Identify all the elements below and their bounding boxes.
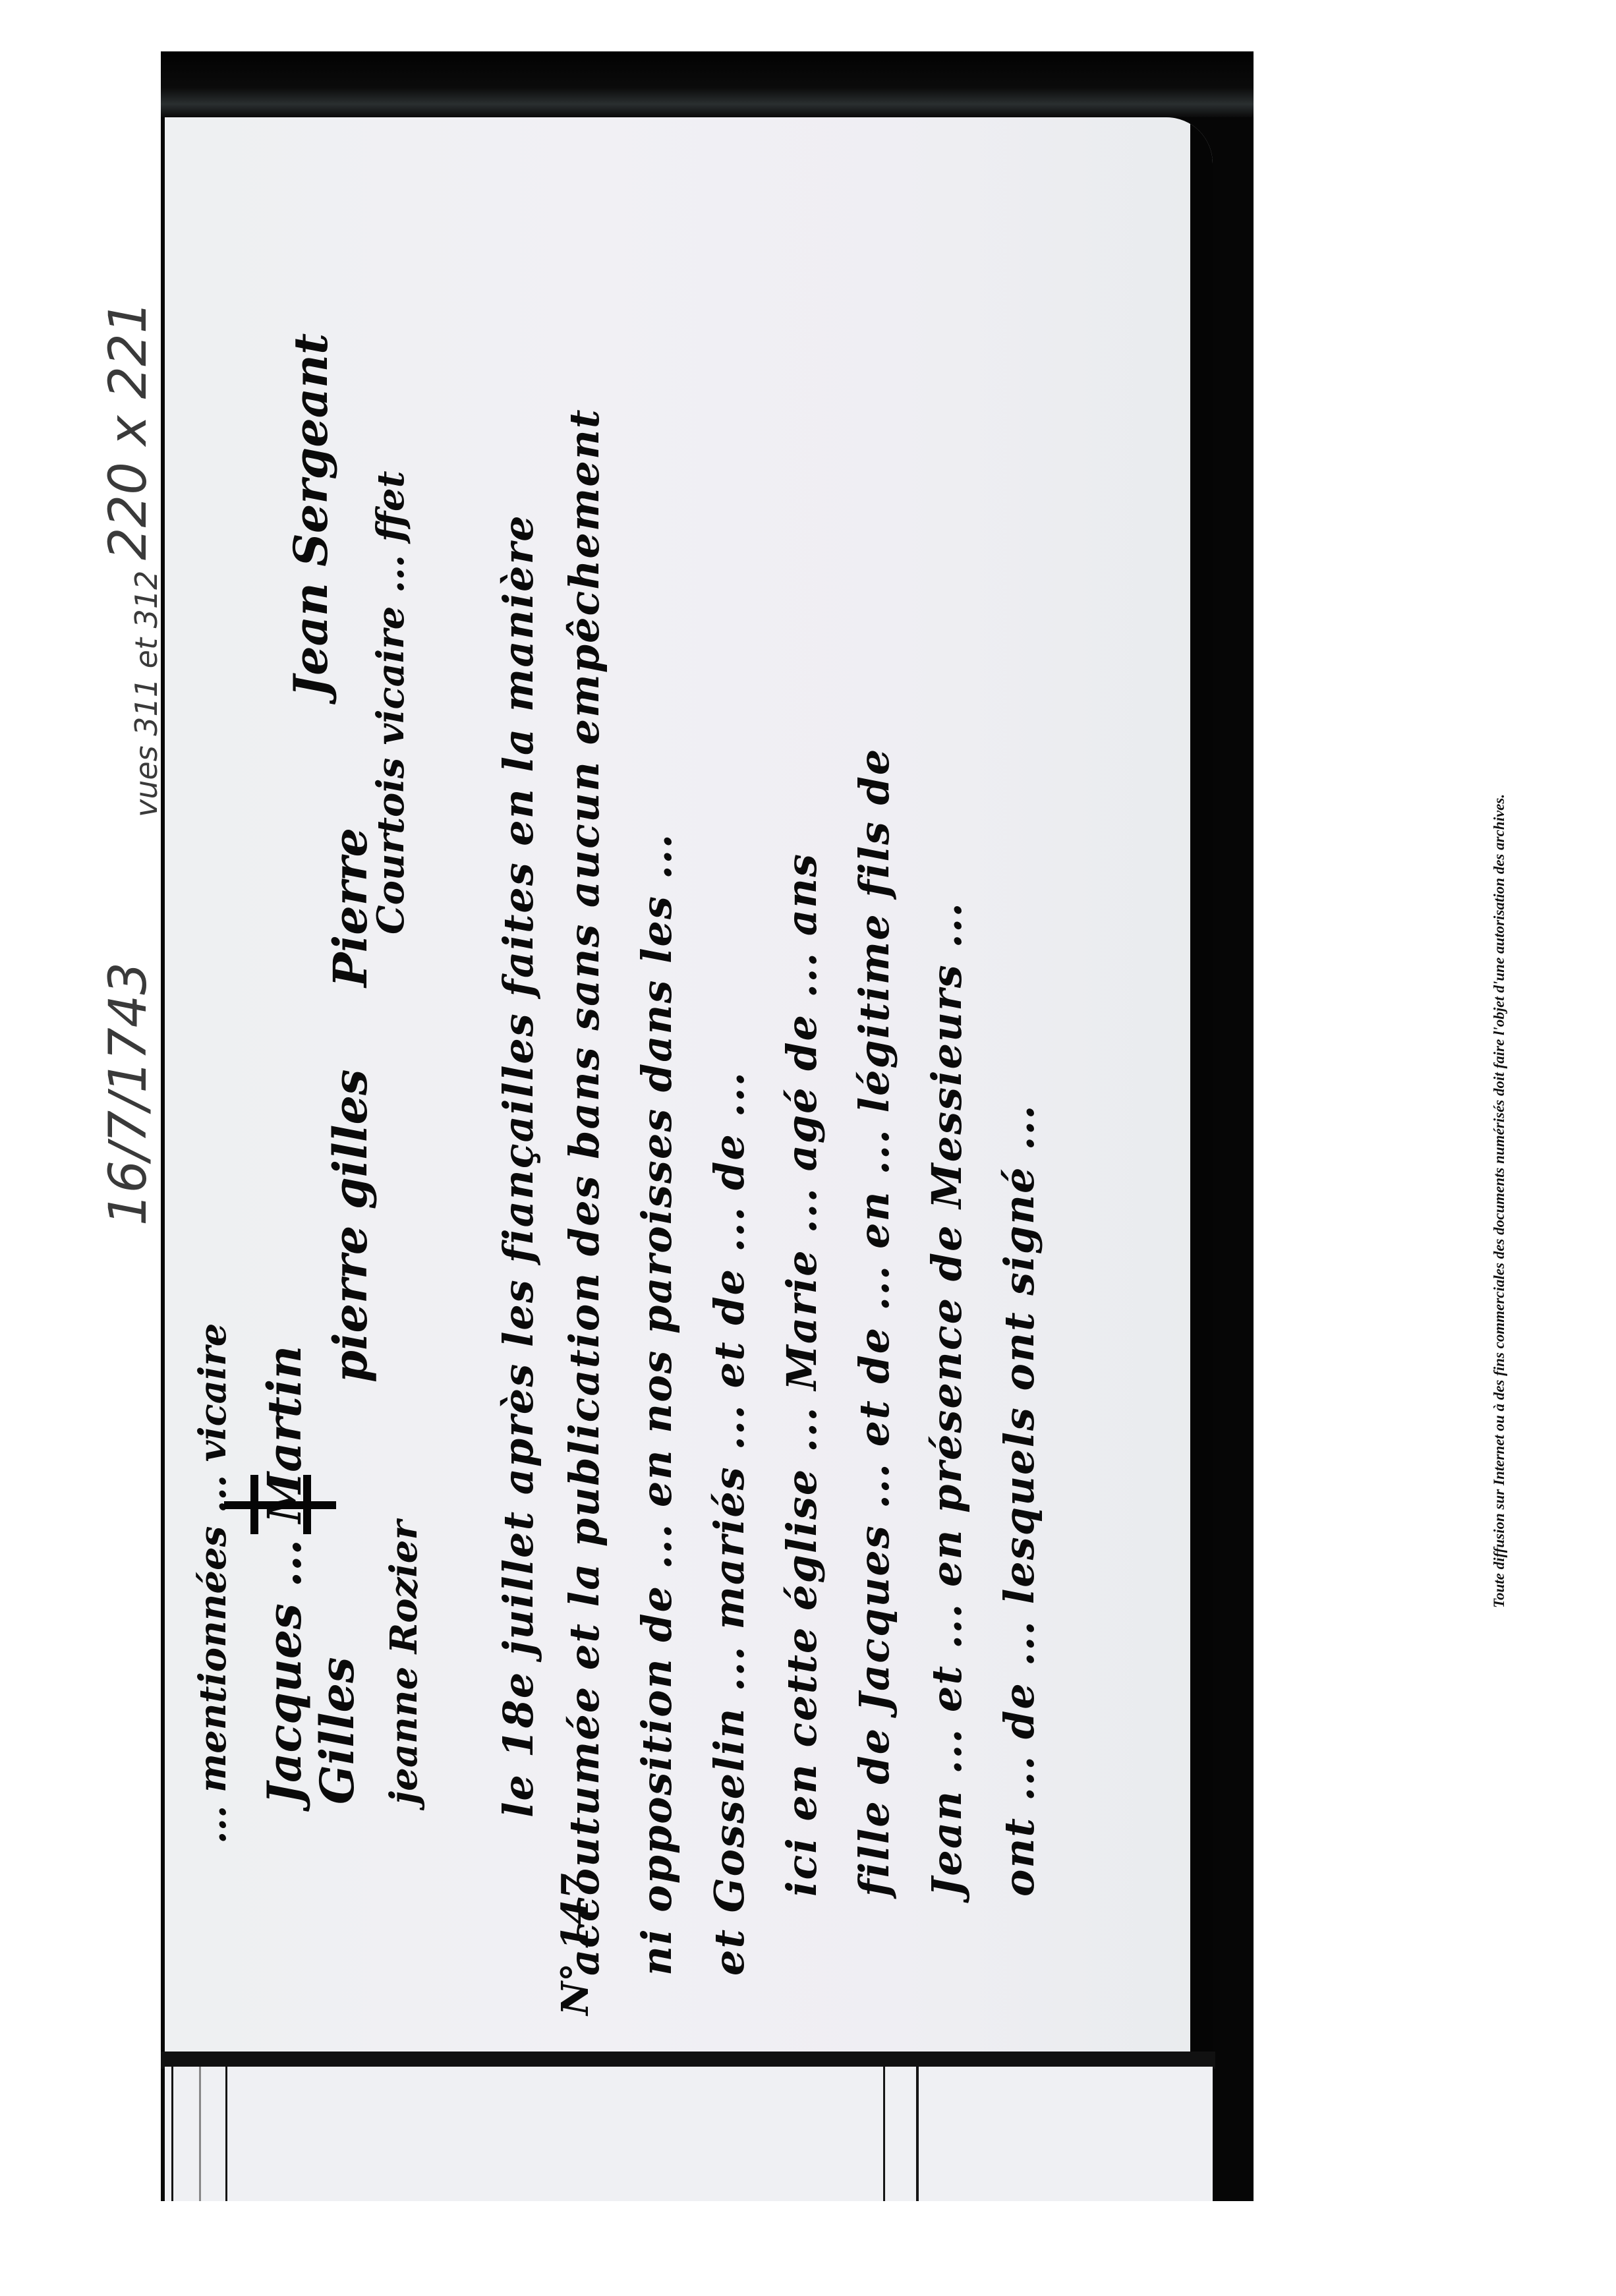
pages-annotation: 220 x 221 — [99, 301, 158, 560]
scanned-register-page: ... mentionnées ... vicaire Jacques ... … — [161, 51, 1254, 2201]
signature-line: Courtois vicaire ... ffet — [369, 471, 413, 934]
signature-line: jeanne Rozier — [382, 1520, 426, 1804]
margin-rule — [171, 2067, 173, 2201]
register-paper: ... mentionnées ... vicaire Jacques ... … — [165, 117, 1213, 2052]
signature-line: pierre gilles — [323, 1070, 378, 1383]
margin-rule — [199, 2067, 201, 2201]
margin-rule — [916, 2067, 919, 2201]
scan-top-border — [161, 51, 1254, 117]
next-page-margin — [165, 2067, 1213, 2201]
date-annotation: 16/7/1743 — [99, 962, 158, 1226]
signature-line: Gilles — [310, 1657, 364, 1804]
cross-mark — [224, 1475, 283, 1534]
scan-right-border — [1190, 117, 1213, 2052]
act-line: le 18e juillet après les fiançailles fai… — [494, 514, 542, 1818]
signature-line: ... mentionnées ... vicaire — [191, 1323, 235, 1844]
margin-rule — [883, 2067, 885, 2201]
act-line: et Gosselin ... mariés ... et de ... de … — [705, 1071, 753, 1976]
act-line: accoutumée et la publication des bans sa… — [560, 408, 608, 1976]
act-line: fille de Jacques ... et de ... en ... lé… — [850, 748, 898, 1897]
margin-rule — [225, 2067, 227, 2201]
views-annotation: vues 311 et 312 — [129, 571, 164, 817]
signature-line: Jean Sergeant — [283, 333, 338, 697]
act-line: ici en cette église ... Marie ... agé de… — [778, 853, 826, 1897]
act-line: Jean ... et ... en présence de Messieurs… — [923, 902, 971, 1897]
cross-mark — [277, 1475, 336, 1534]
signature-line: Jacques ... Martin — [257, 1346, 312, 1804]
archive-usage-notice: Toute diffusion sur Internet ou à des fi… — [1491, 794, 1508, 1608]
act-line: ont ... de ... lesquels ont signé ... — [995, 1104, 1043, 1897]
act-line: ni opposition de ... en nos paroisses da… — [633, 833, 681, 1976]
